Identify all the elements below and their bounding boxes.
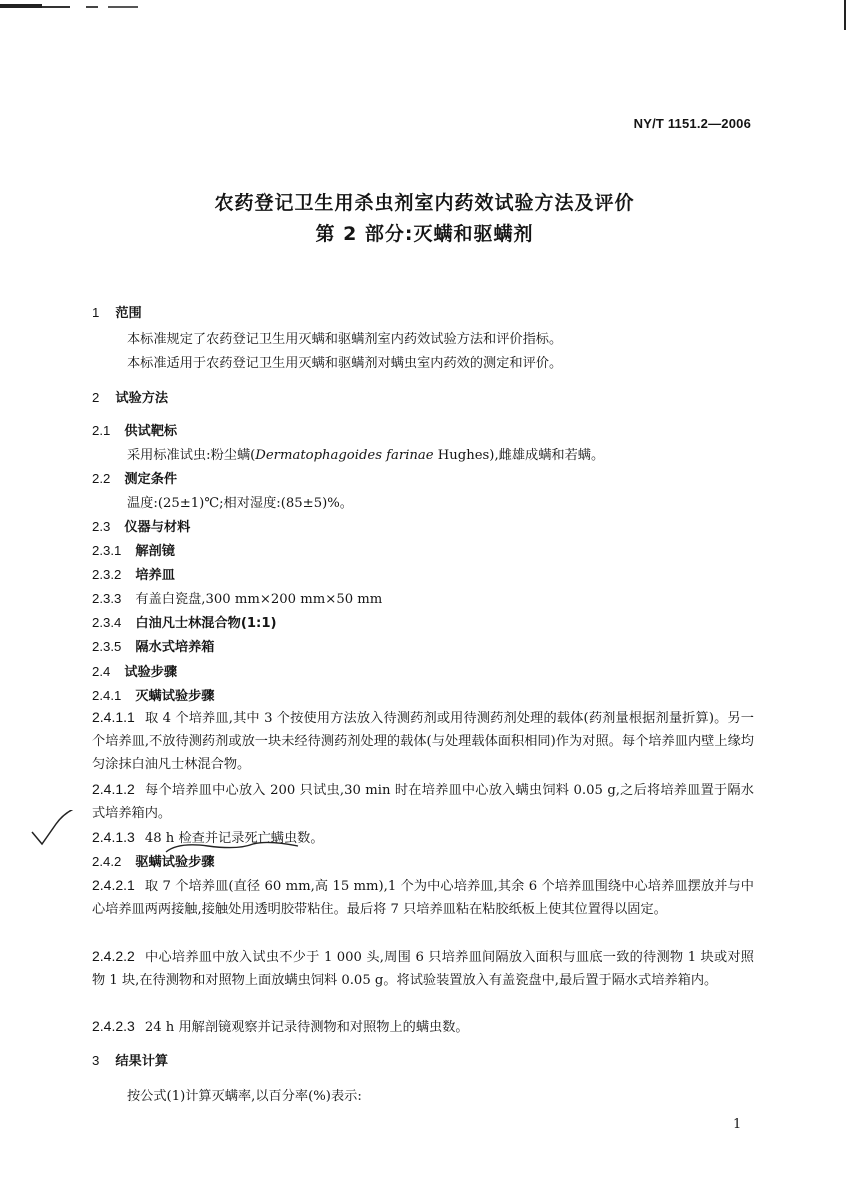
step-number: 2.4.1.2 <box>92 778 135 801</box>
text: 采用标准试虫:粉尘螨( <box>127 448 255 463</box>
paragraph-conditions: 温度:(25±1)℃;相对湿度:(85±5)%。 <box>127 492 353 511</box>
section-number: 2.3 <box>92 519 110 534</box>
section-number: 2.4.2 <box>92 854 121 869</box>
section-2-heading: 2试验方法 <box>92 387 168 406</box>
standard-code: NY/T 1151.2—2006 <box>634 116 751 131</box>
document-subtitle: 第 2 部分:灭螨和驱螨剂 <box>0 219 849 246</box>
section-number: 2.1 <box>92 423 110 438</box>
paragraph: 本标准规定了农药登记卫生用灭螨和驱螨剂室内药效试验方法和评价指标。 <box>127 328 562 347</box>
item-2-3-3: 2.3.3有盖白瓷盘,300 mm×200 mm×50 mm <box>92 588 382 607</box>
section-title: 供试靶标 <box>124 424 177 439</box>
step-text: 取 7 个培养皿(直径 60 mm,高 15 mm),1 个为中心培养皿,其余 … <box>92 879 754 917</box>
step-2-4-2-1: 2.4.2.1取 7 个培养皿(直径 60 mm,高 15 mm),1 个为中心… <box>92 874 754 921</box>
item-2-3-4: 2.3.4白油凡士林混合物(1:1) <box>92 612 277 631</box>
step-text: 24 h 用解剖镜观察并记录待测物和对照物上的螨虫数。 <box>145 1020 469 1035</box>
handwritten-check-icon <box>30 810 110 850</box>
section-number: 2 <box>92 390 99 405</box>
section-3-heading: 3结果计算 <box>92 1050 168 1069</box>
section-1-heading: 1范围 <box>92 302 142 321</box>
paragraph-target-species: 采用标准试虫:粉尘螨(Dermatophagoides farinae Hugh… <box>127 444 604 463</box>
section-title: 仪器与材料 <box>124 520 190 535</box>
step-2-4-2-2: 2.4.2.2中心培养皿中放入试虫不少于 1 000 头,周围 6 只培养皿间隔… <box>92 945 754 992</box>
item-number: 2.3.5 <box>92 639 121 654</box>
section-2-4-heading: 2.4试验步骤 <box>92 661 177 680</box>
step-2-4-1-1: 2.4.1.1取 4 个培养皿,其中 3 个按使用方法放入待测药剂或用待测药剂处… <box>92 706 754 776</box>
item-number: 2.3.1 <box>92 543 121 558</box>
text: Hughes),雌雄成螨和若螨。 <box>434 448 605 463</box>
item-number: 2.3.3 <box>92 591 121 606</box>
species-latin-name: Dermatophagoides farinae <box>255 448 433 463</box>
item-number: 2.3.4 <box>92 615 121 630</box>
paragraph: 本标准适用于农药登记卫生用灭螨和驱螨剂对螨虫室内药效的测定和评价。 <box>127 352 562 371</box>
section-title: 结果计算 <box>115 1054 168 1069</box>
section-2-4-1-heading: 2.4.1灭螨试验步骤 <box>92 685 214 704</box>
page-number: 1 <box>733 1117 741 1132</box>
item-text: 隔水式培养箱 <box>135 640 214 655</box>
step-text: 中心培养皿中放入试虫不少于 1 000 头,周围 6 只培养皿间隔放入面积与皿底… <box>92 950 754 988</box>
scan-artifact-right-edge <box>844 0 846 30</box>
paragraph: 按公式(1)计算灭螨率,以百分率(%)表示: <box>127 1085 362 1104</box>
section-title: 范围 <box>115 306 141 321</box>
section-title: 试验方法 <box>115 391 168 406</box>
step-2-4-1-2: 2.4.1.2每个培养皿中心放入 200 只试虫,30 min 时在培养皿中心放… <box>92 778 754 825</box>
item-text: 解剖镜 <box>135 544 175 559</box>
section-title: 测定条件 <box>124 472 177 487</box>
item-2-3-1: 2.3.1解剖镜 <box>92 540 175 559</box>
section-2-2-heading: 2.2测定条件 <box>92 468 177 487</box>
section-2-4-2-heading: 2.4.2驱螨试验步骤 <box>92 851 214 870</box>
section-number: 1 <box>92 305 99 320</box>
step-2-4-2-3: 2.4.2.324 h 用解剖镜观察并记录待测物和对照物上的螨虫数。 <box>92 1016 469 1035</box>
section-2-1-heading: 2.1供试靶标 <box>92 420 177 439</box>
step-number: 2.4.2.2 <box>92 945 135 968</box>
item-2-3-2: 2.3.2培养皿 <box>92 564 175 583</box>
step-text: 取 4 个培养皿,其中 3 个按使用方法放入待测药剂或用待测药剂处理的载体(药剂… <box>92 711 754 772</box>
document-title: 农药登记卫生用杀虫剂室内药效试验方法及评价 <box>0 188 849 215</box>
step-text: 每个培养皿中心放入 200 只试虫,30 min 时在培养皿中心放入螨虫饲料 0… <box>92 783 754 821</box>
item-text: 白油凡士林混合物(1:1) <box>135 616 276 631</box>
section-title: 试验步骤 <box>124 665 177 680</box>
step-number: 2.4.2.1 <box>92 874 135 897</box>
item-number: 2.3.2 <box>92 567 121 582</box>
step-number: 2.4.2.3 <box>92 1018 135 1034</box>
item-text: 培养皿 <box>135 568 175 583</box>
section-number: 2.4 <box>92 664 110 679</box>
step-number: 2.4.1.1 <box>92 706 135 729</box>
item-2-3-5: 2.3.5隔水式培养箱 <box>92 636 214 655</box>
section-2-3-heading: 2.3仪器与材料 <box>92 516 190 535</box>
section-number: 3 <box>92 1053 99 1068</box>
section-number: 2.2 <box>92 471 110 486</box>
section-title: 灭螨试验步骤 <box>135 689 214 704</box>
section-number: 2.4.1 <box>92 688 121 703</box>
item-text: 有盖白瓷盘,300 mm×200 mm×50 mm <box>135 592 382 607</box>
section-title: 驱螨试验步骤 <box>135 855 214 870</box>
